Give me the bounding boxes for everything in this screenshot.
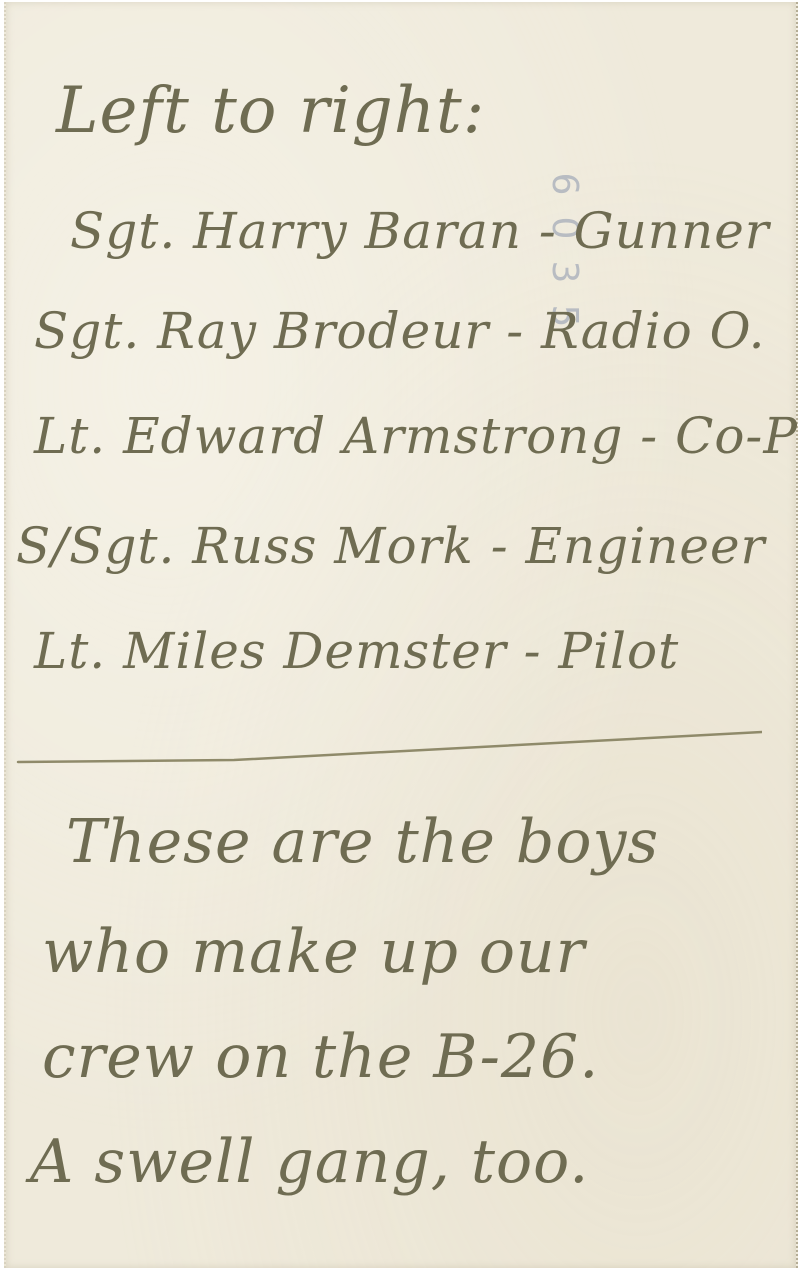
note-line-3: crew on the B-26. <box>42 1022 599 1092</box>
crew-line-gunner: Sgt. Harry Baran - Gunner <box>70 202 770 260</box>
crew-line-co-pilot: Lt. Edward Armstrong - Co-Pilot <box>34 407 800 465</box>
note-line-4: A swell gang, too. <box>30 1127 589 1197</box>
stamp-digit: 6 <box>542 164 586 204</box>
crew-line-pilot: Lt. Miles Demster - Pilot <box>34 622 679 680</box>
crew-line-radio-operator: Sgt. Ray Brodeur - Radio O. <box>34 302 766 360</box>
divider-line <box>14 730 762 770</box>
note-line-2: who make up our <box>42 917 585 987</box>
photo-back-card: Left to right: 6 0 3 5 Sgt. Harry Baran … <box>4 2 798 1268</box>
crew-line-engineer: S/Sgt. Russ Mork - Engineer <box>16 517 765 575</box>
caption-heading: Left to right: <box>56 74 485 148</box>
note-line-1: These are the boys <box>66 807 659 877</box>
